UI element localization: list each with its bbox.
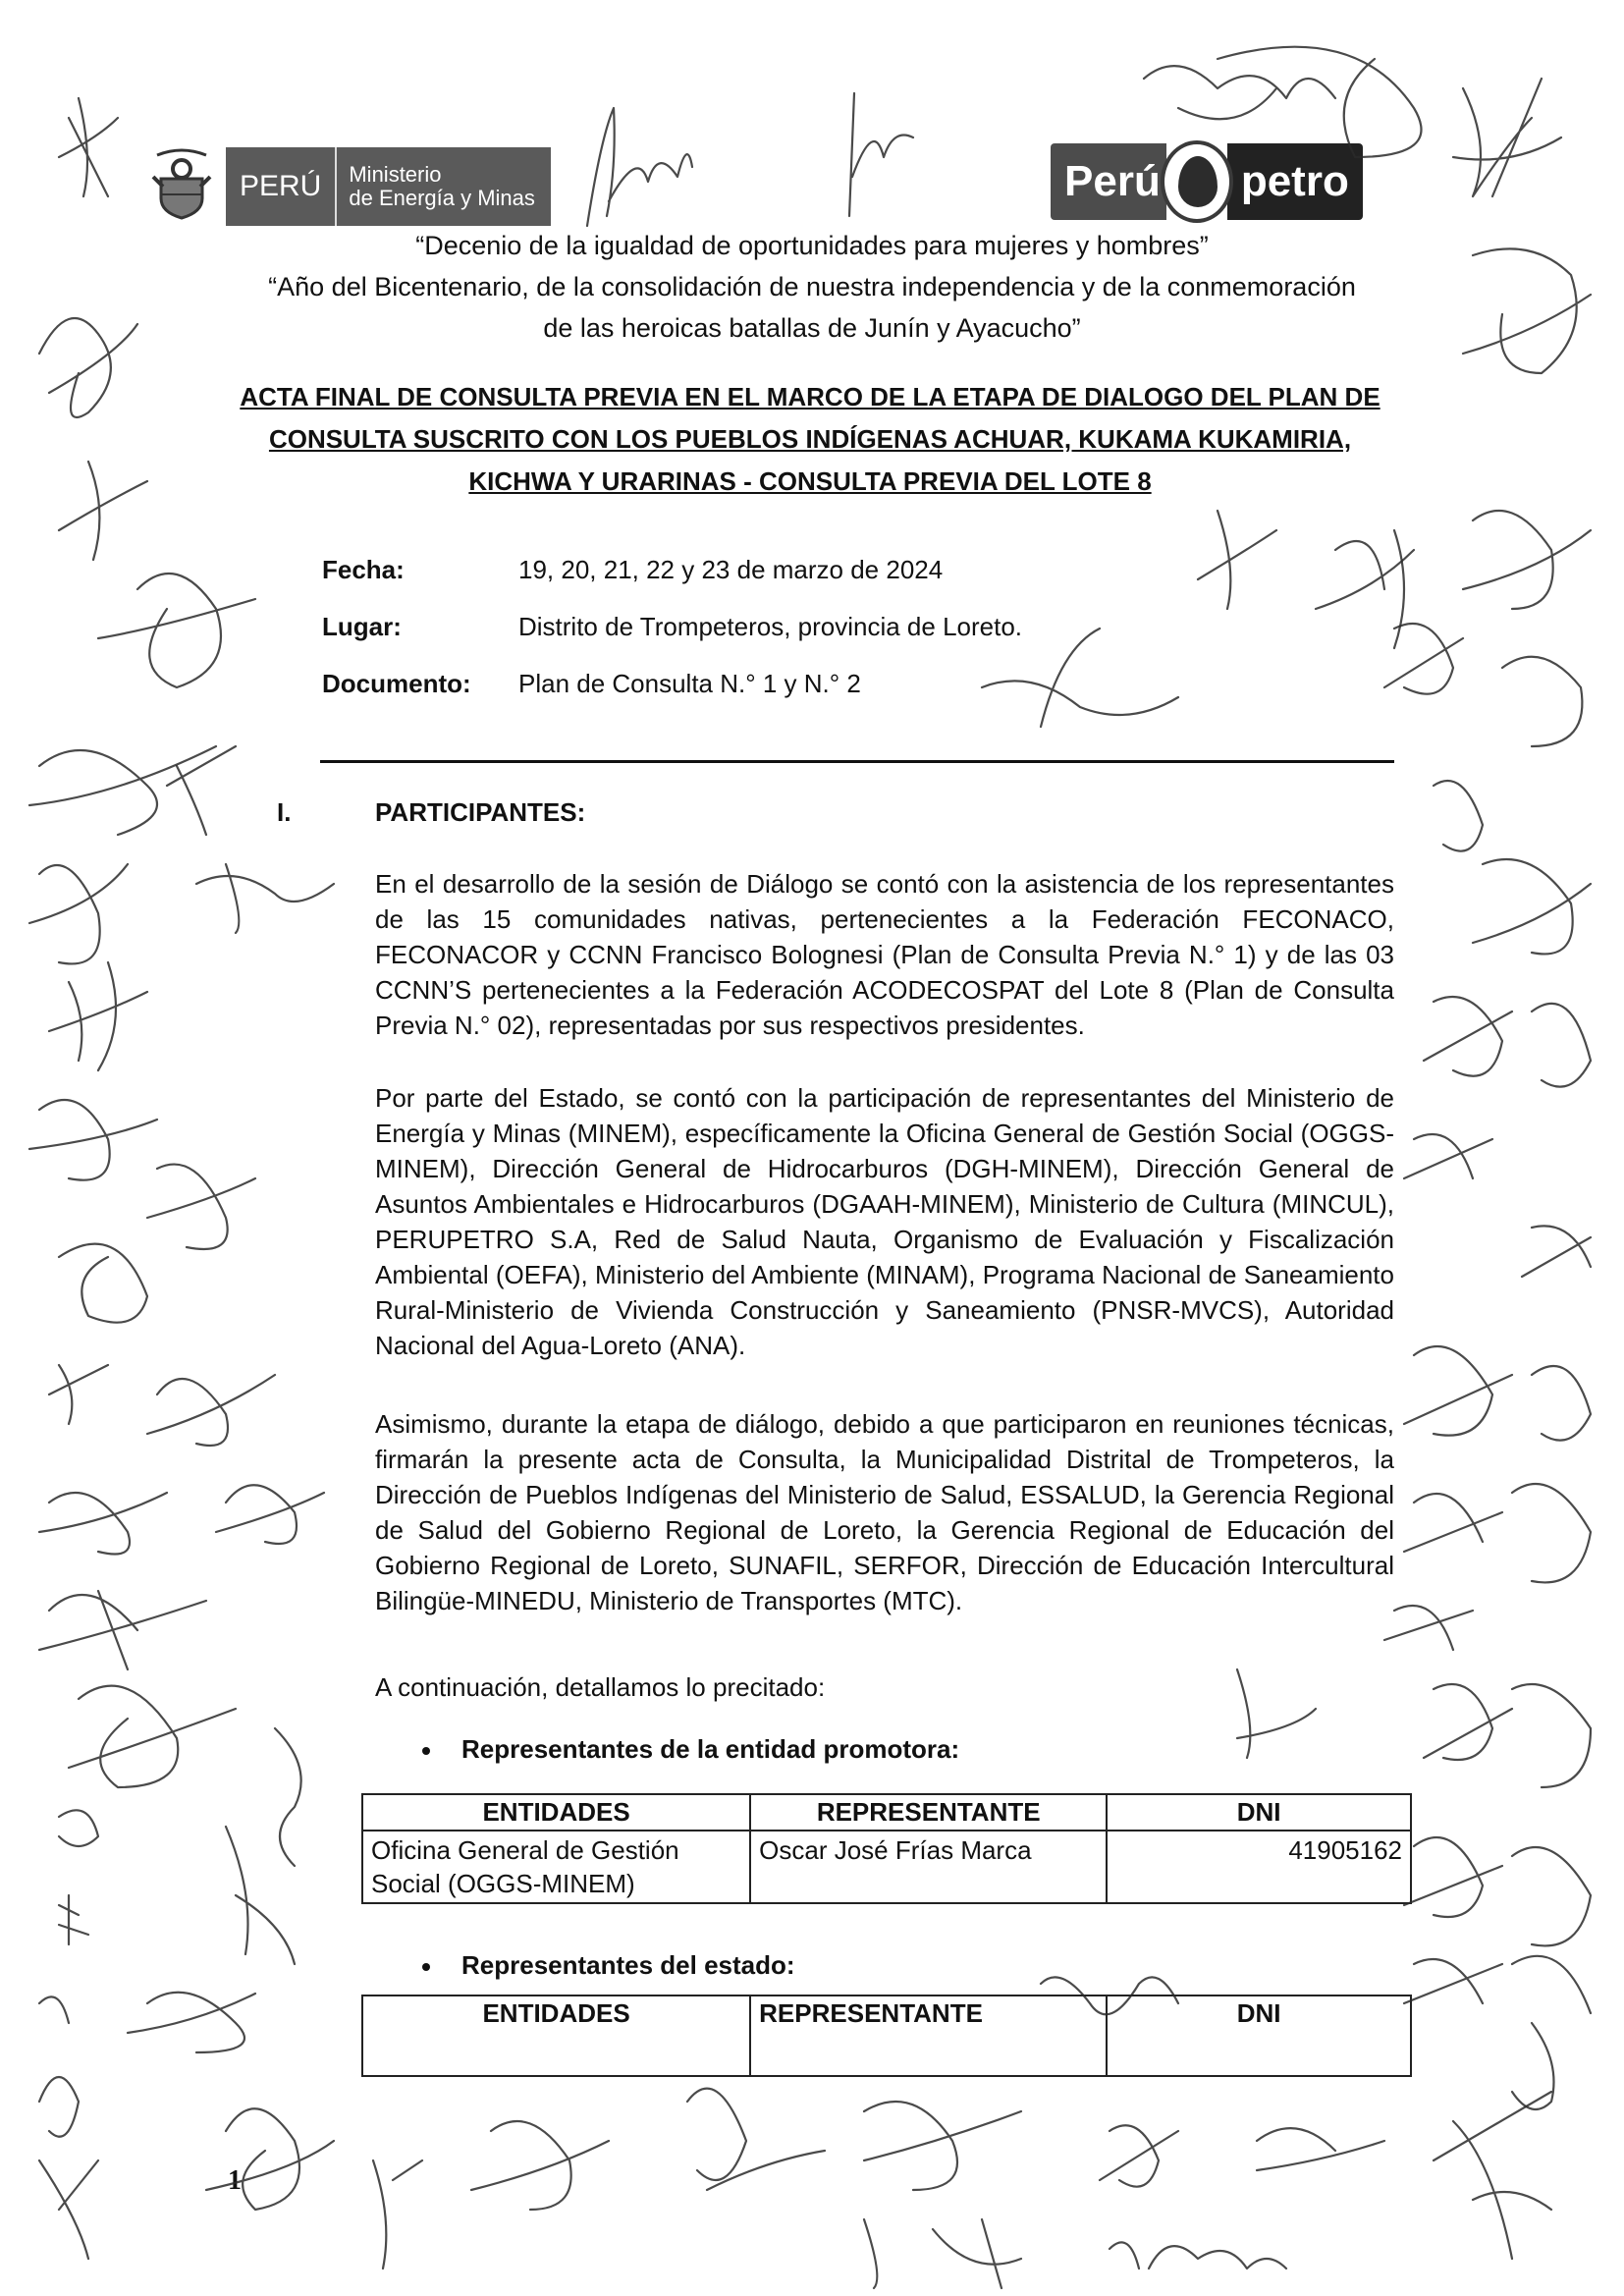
signature-icon [1424, 1684, 1512, 1760]
signature-icon [39, 1591, 206, 1669]
signature-icon [1453, 79, 1561, 196]
minem-logo-country: PERÚ [226, 147, 337, 226]
signature-icon [1384, 1606, 1473, 1650]
signature-icon [147, 1165, 255, 1249]
signature-icon [39, 1493, 167, 1555]
fecha-value: 19, 20, 21, 22 y 23 de marzo de 2024 [518, 555, 943, 584]
signature-icon [1100, 2125, 1178, 2186]
column-header-dni: DNI [1107, 1794, 1411, 1831]
promotora-heading-text: Representantes de la entidad promotora: [461, 1734, 959, 1764]
lugar-label: Lugar: [322, 612, 499, 641]
signature-icon [275, 1728, 301, 1866]
signature-icon [39, 2160, 98, 2259]
signature-icon [1404, 1837, 1502, 1917]
signature-icon [849, 93, 913, 216]
column-header-representante: REPRESENTANTE [750, 1995, 1107, 2076]
bullet-icon [422, 1963, 430, 1971]
paragraph-state: Por parte del Estado, se contó con la pa… [375, 1080, 1394, 1363]
signature-icon [69, 1686, 236, 1787]
cell-dni: 41905162 [1107, 1831, 1411, 1903]
bullet-icon [422, 1747, 430, 1755]
promotora-table: ENTIDADES REPRESENTANTE DNI Oficina Gene… [361, 1793, 1412, 1904]
page-number: 1 [228, 2165, 242, 2197]
signature-icon [1394, 530, 1404, 648]
estado-heading-text: Representantes del estado: [461, 1950, 795, 1980]
signature-icon [226, 1827, 295, 1964]
signature-icon [471, 2121, 609, 2210]
document-title-line-3: KICHWA Y URARINAS - CONSULTA PREVIA DEL … [236, 463, 1384, 500]
paragraph-detail-intro: A continuación, detallamos lo precitado: [375, 1669, 1394, 1705]
signature-icon [1198, 511, 1276, 609]
column-header-entidades: ENTIDADES [362, 1794, 750, 1831]
documento-label: Documento: [322, 669, 499, 698]
signature-icon [1512, 1684, 1591, 1787]
signature-icon [98, 574, 255, 687]
paragraph-additional: Asimismo, durante la etapa de diálogo, d… [375, 1406, 1394, 1618]
signature-icon [864, 2102, 1021, 2190]
signature-icon [373, 2160, 422, 2269]
estado-heading: Representantes del estado: [422, 1950, 795, 1981]
motto-line-3: de las heroicas batallas de Junín y Ayac… [0, 308, 1624, 348]
table-row: Oficina General de Gestión Social (OGGS-… [362, 1831, 1411, 1903]
signature-icon [128, 1993, 255, 2052]
motto-line-2: “Año del Bicentenario, de la consolidaci… [0, 267, 1624, 306]
signature-icon [1532, 1004, 1591, 1087]
signature-icon [1522, 1226, 1591, 1277]
signature-icon [1110, 2242, 1286, 2269]
signature-icon [1532, 1366, 1591, 1441]
perupetro-logo-left: Perú [1051, 143, 1166, 220]
signature-icon [29, 1100, 157, 1180]
signature-icon [216, 1485, 324, 1544]
horizontal-rule [320, 760, 1394, 763]
cell-representante: Oscar José Frías Marca [750, 1831, 1107, 1903]
signature-icon [982, 629, 1178, 727]
signature-icon [1404, 1959, 1502, 2003]
column-header-entidades: ENTIDADES [362, 1995, 750, 2076]
signature-icon [1512, 1956, 1591, 2013]
signature-icon [206, 2108, 334, 2210]
signature-icon [1424, 997, 1512, 1076]
signature-icon [1384, 624, 1463, 694]
signature-icon [196, 864, 334, 933]
perupetro-logo-right: petro [1227, 143, 1363, 220]
section-title: PARTICIPANTES: [375, 797, 585, 828]
perupetro-logo: Perú petro [1051, 137, 1384, 226]
signature-icon [587, 108, 692, 226]
documento-value: Plan de Consulta N.° 1 y N.° 2 [518, 669, 861, 698]
peru-coat-of-arms-icon [147, 147, 216, 226]
signature-icon [1502, 657, 1582, 746]
section-number: I. [277, 797, 291, 828]
signature-icon [1434, 781, 1483, 851]
signature-icon [59, 1810, 98, 1846]
estado-table: ENTIDADES REPRESENTANTE DNI [361, 1995, 1412, 2077]
cell-entidad: Oficina General de Gestión Social (OGGS-… [362, 1831, 750, 1903]
column-header-dni: DNI [1107, 1995, 1411, 2076]
signature-icon [1257, 2128, 1384, 2170]
signature-icon [49, 962, 147, 1070]
signature-icon [1316, 541, 1414, 609]
signature-icon [29, 746, 216, 835]
signature-icon [167, 746, 236, 835]
document-title-line-1: ACTA FINAL DE CONSULTA PREVIA EN EL MARC… [236, 378, 1384, 415]
signature-icon [59, 1895, 88, 1944]
signature-icon [864, 2219, 1021, 2288]
signature-icon [1404, 1346, 1512, 1436]
lugar-value: Distrito de Trompeteros, provincia de Lo… [518, 612, 1022, 641]
document-title-line-2: CONSULTA SUSCRITO CON LOS PUEBLOS INDÍGE… [236, 420, 1384, 458]
signature-icon [39, 1996, 69, 2023]
signature-icon [29, 864, 128, 963]
signature-icon [59, 1244, 147, 1323]
signature-icon [1473, 859, 1591, 954]
paragraph-participants: En el desarrollo de la sesión de Diálogo… [375, 866, 1394, 1043]
signature-icon [49, 1365, 108, 1424]
signature-icon [1463, 511, 1591, 609]
signature-icon [1404, 1494, 1502, 1552]
minem-logo: PERÚ Ministerio de Energía y Minas [147, 147, 551, 226]
motto-line-1: “Decenio de la igualdad de oportunidades… [0, 226, 1624, 265]
signature-icon [1434, 2092, 1551, 2259]
signature-icon [1404, 1134, 1492, 1178]
signature-icon [147, 1375, 275, 1446]
column-header-representante: REPRESENTANTE [750, 1794, 1107, 1831]
signature-icon [59, 462, 147, 560]
promotora-heading: Representantes de la entidad promotora: [422, 1734, 959, 1765]
oil-drop-icon [1161, 140, 1233, 223]
signature-icon [1512, 1847, 1591, 1945]
signature-icon [1512, 1484, 1591, 1582]
fecha-label: Fecha: [322, 555, 499, 584]
minem-logo-line1: Ministerio [349, 163, 535, 187]
signature-icon [59, 98, 118, 196]
signature-icon [687, 2089, 825, 2190]
minem-logo-line2: de Energía y Minas [349, 187, 535, 210]
signature-icon [1512, 2023, 1554, 2109]
signature-icon [39, 2077, 79, 2137]
